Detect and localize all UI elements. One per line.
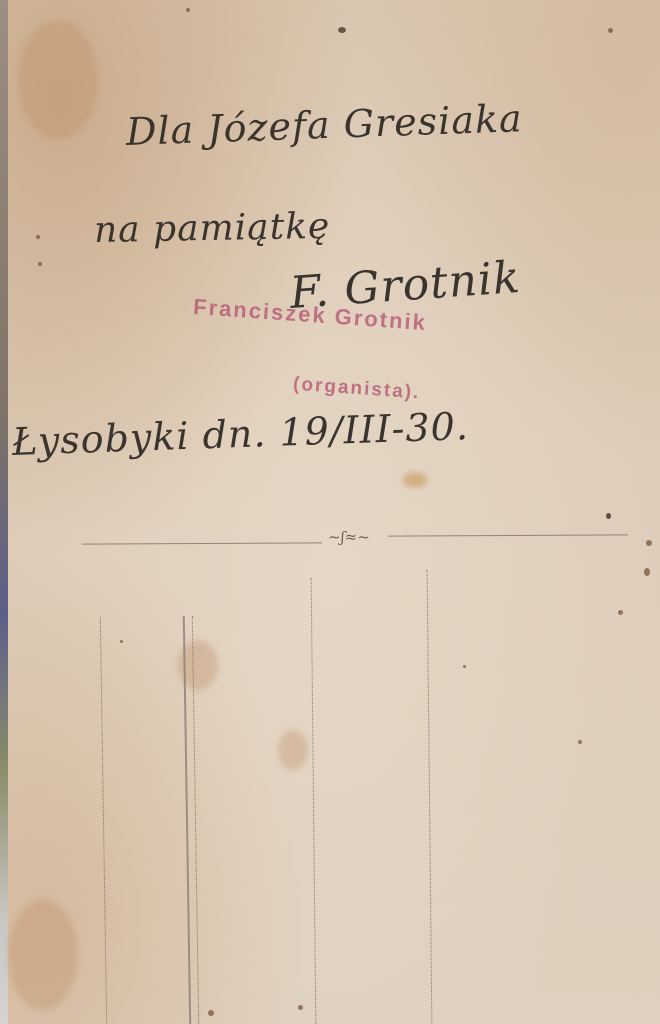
divider-line-right (388, 534, 628, 536)
guide-line (427, 570, 433, 1024)
foxing-spot (186, 8, 190, 12)
paper-stain (8, 900, 78, 1010)
foxing-spot (298, 1005, 303, 1010)
foxing-spot (208, 1010, 214, 1016)
foxing-spot (646, 540, 652, 546)
place-date: Łysobyki dn. 19/III-30. (11, 404, 469, 464)
divider-ornament: ~ʃ≈~ (328, 528, 370, 546)
paper-stain (403, 472, 427, 488)
guide-line (311, 578, 317, 1024)
signature: F. Grotnik (288, 252, 522, 319)
dedication-line-2: na pamiątkę (94, 206, 331, 251)
dedication-line-1: Dla Józefa Gresiaka (125, 96, 523, 154)
paper-stain (18, 20, 98, 140)
foxing-spot (38, 262, 42, 266)
foxing-spot (338, 27, 346, 33)
foxing-spot (120, 640, 123, 643)
foxing-spot (463, 665, 466, 668)
paper-stain (278, 730, 308, 770)
guide-line (100, 617, 107, 1024)
postcard: Dla Józefa Gresiaka na pamiątkę Francisz… (8, 0, 660, 1024)
divider-line-left (82, 542, 322, 544)
foxing-spot (36, 235, 40, 239)
foxing-spot (606, 513, 611, 519)
foxing-spot (644, 568, 650, 576)
foxing-spot (578, 740, 582, 744)
foxing-spot (608, 28, 613, 33)
stamp-role: (organista). (292, 374, 421, 405)
foxing-spot (618, 610, 623, 615)
